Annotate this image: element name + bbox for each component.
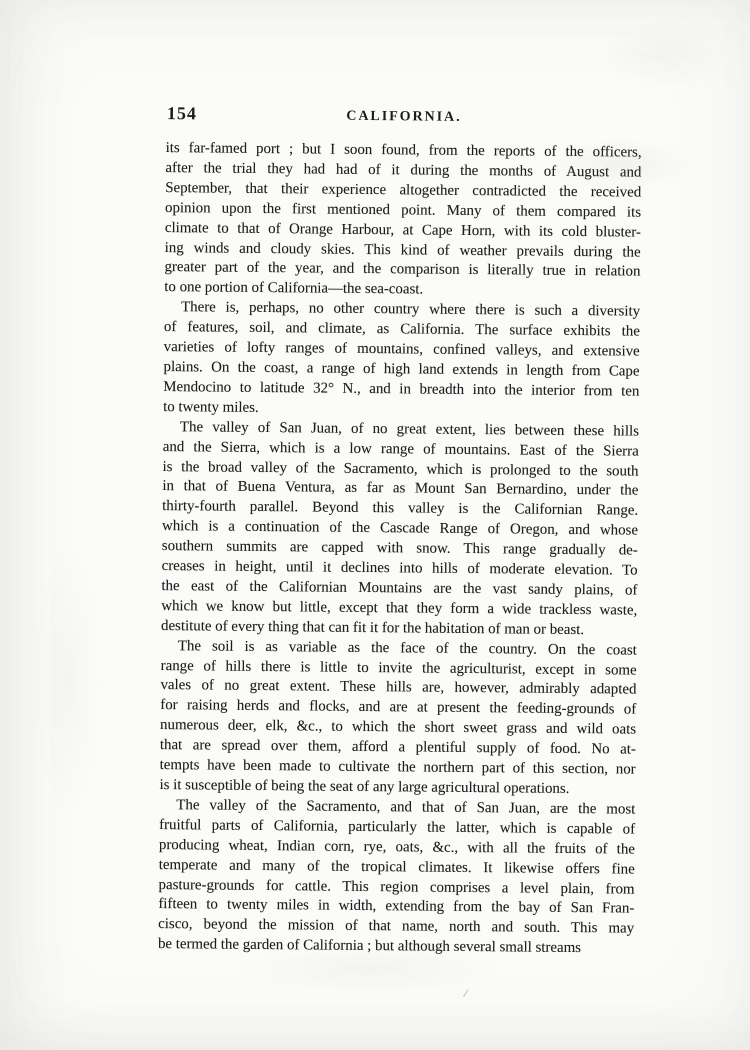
paragraph: The soil is as variable as the face of t… xyxy=(159,637,637,801)
scanned-page: 154 CALIFORNIA. its far-famed port ; but… xyxy=(0,0,750,1050)
paragraph: The valley of San Juan, of no great exte… xyxy=(161,418,639,642)
page-body-text: its far-famed port ; but I soon found, f… xyxy=(158,139,642,960)
paragraph: There is, perhaps, no other country wher… xyxy=(163,298,640,422)
page-content: 154 CALIFORNIA. its far-famed port ; but… xyxy=(0,0,750,1050)
paragraph: its far-famed port ; but I soon found, f… xyxy=(164,139,642,303)
paragraph: The valley of the Sacramento, and that o… xyxy=(158,796,636,960)
running-header-title: CALIFORNIA. xyxy=(166,107,642,128)
text-line: be termed the garden of California ; but… xyxy=(158,935,634,959)
